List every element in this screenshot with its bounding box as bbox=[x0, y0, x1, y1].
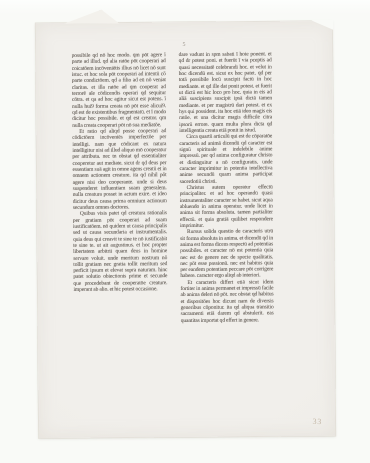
paragraph: Circa quartū articulū qui est de cōparat… bbox=[179, 134, 272, 185]
paragraph: Rursus solida questio de caracteris utrū… bbox=[180, 229, 273, 280]
paragraph: possibile qd nō hoc modo. qm pōt agere ī… bbox=[72, 52, 167, 129]
paragraph: Et ratio qd aliqd posse cooperari ad cōd… bbox=[72, 128, 167, 211]
right-text-column: dare vadunt in spm sabati ī hoie ponent.… bbox=[179, 51, 274, 350]
paragraph: Quibus visis patet qd creatura rationali… bbox=[73, 210, 168, 293]
paragraph: dare vadunt in spm sabati ī hoie ponent.… bbox=[179, 51, 273, 134]
left-text-column: possibile qd nō hoc modo. qm pōt agere ī… bbox=[72, 52, 168, 351]
signature-mark: 5 bbox=[36, 41, 333, 49]
book-page: 5 possibile qd nō hoc modo. qm pōt agere… bbox=[35, 21, 335, 438]
page-corner-clip bbox=[310, 20, 333, 30]
paragraph: Et caracteris differt etiā sicut idem fo… bbox=[180, 279, 273, 324]
page-corner-fold bbox=[63, 10, 119, 24]
scan-background: 5 possibile qd nō hoc modo. qm pōt agere… bbox=[0, 0, 370, 463]
handwritten-folio-number: 33 bbox=[312, 418, 322, 426]
text-block: possibile qd nō hoc modo. qm pōt agere ī… bbox=[72, 51, 275, 351]
paragraph: Christus autem operatur effectū principa… bbox=[180, 184, 273, 229]
